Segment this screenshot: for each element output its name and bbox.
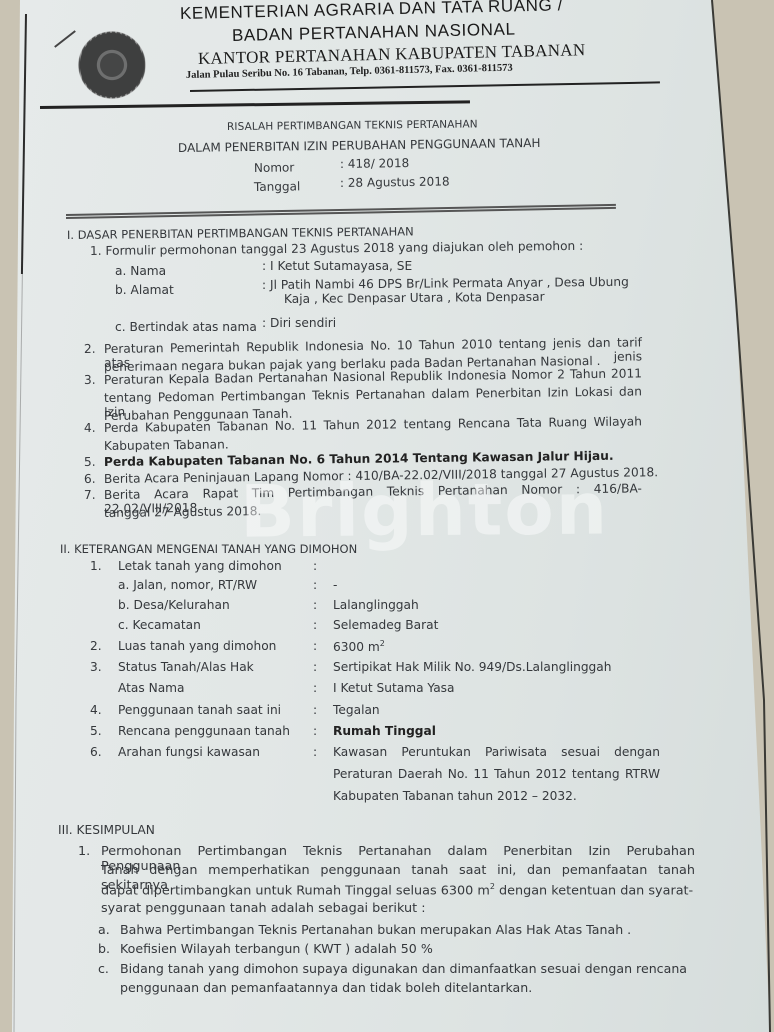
list-number: 3.: [84, 373, 96, 387]
list-number: 6.: [84, 472, 96, 486]
list-item-text: tanggal 27 Agustus 2018.: [104, 504, 261, 520]
sub-item-text: Bahwa Pertimbangan Teknis Pertanahan buk…: [120, 922, 631, 937]
tanggal-label: Tanggal: [254, 179, 300, 194]
list-number: 7.: [84, 488, 96, 502]
row-number: 6.: [90, 745, 102, 759]
sub-item-letter: c.: [98, 961, 109, 976]
row-label: Penggunaan tanah saat ini: [118, 703, 281, 717]
row-colon: :: [313, 578, 317, 592]
list-number: 2.: [84, 342, 96, 356]
row-number: 5.: [90, 724, 102, 738]
sub-item-text: Koefisien Wilayah terbangun ( KWT ) adal…: [120, 941, 433, 956]
row-colon: :: [313, 618, 317, 632]
sub-item-text: penggunaan dan pemanfaatannya dan tidak …: [120, 980, 532, 995]
row-colon: :: [313, 660, 317, 674]
row-colon: :: [313, 703, 317, 717]
row-colon: :: [313, 598, 317, 612]
list-item-text: Kabupaten Tabanan.: [104, 437, 229, 453]
row-value: I Ketut Sutama Yasa: [333, 681, 454, 695]
row-label: Arahan fungsi kawasan: [118, 745, 260, 759]
conclusion-text-part: dapat dipertimbangkan untuk Rumah Tingga…: [101, 883, 490, 898]
field-value-alamat-cont: Kaja , Kec Denpasar Utara , Kota Denpasa…: [284, 290, 545, 306]
sub-item-text: Bidang tanah yang dimohon supaya digunak…: [120, 961, 687, 976]
row-label: c. Kecamatan: [118, 618, 201, 632]
conclusion-text: dapat dipertimbangkan untuk Rumah Tingga…: [101, 882, 693, 898]
row-number: 2.: [90, 639, 102, 653]
field-value-bertindak: : Diri sendiri: [262, 316, 336, 330]
section-2-heading: II. KETERANGAN MENGENAI TANAH YANG DIMOH…: [60, 542, 357, 556]
list-number: 5.: [84, 455, 96, 469]
conclusion-text: syarat penggunaan tanah adalah sebagai b…: [101, 901, 426, 916]
row-value-cont: Peraturan Daerah No. 11 Tahun 2012 tenta…: [333, 767, 660, 781]
row-number: 3.: [90, 660, 102, 674]
row-value: Tegalan: [333, 703, 380, 717]
sub-item-letter: a.: [98, 922, 110, 937]
row-colon: :: [313, 681, 317, 695]
row-value: Kawasan Peruntukan Pariwisata sesuai den…: [333, 745, 660, 759]
row-label: b. Desa/Kelurahan: [118, 598, 230, 612]
superscript: 2: [380, 639, 385, 648]
sub-item-letter: b.: [98, 941, 110, 956]
row-colon: :: [313, 639, 317, 653]
row-label: Luas tanah yang dimohon: [118, 639, 276, 653]
row-value: -: [333, 578, 337, 592]
list-number: 1.: [78, 844, 90, 859]
row-label: Rencana penggunaan tanah: [118, 724, 290, 738]
conclusion-text-part: dengan ketentuan dan syarat-: [495, 883, 693, 898]
row-label: a. Jalan, nomor, RT/RW: [118, 578, 257, 592]
row-number: 1.: [90, 559, 102, 573]
field-value-nama: : I Ketut Sutamayasa, SE: [262, 259, 412, 273]
row-label: Letak tanah yang dimohon: [118, 559, 282, 573]
nomor-value: : 418/ 2018: [340, 156, 409, 171]
field-label: c. Bertindak atas nama: [115, 320, 257, 334]
row-colon: :: [313, 745, 317, 759]
row-value: 6300 m2: [333, 639, 385, 654]
row-value: Rumah Tinggal: [333, 724, 436, 738]
tanggal-value: : 28 Agustus 2018: [340, 174, 450, 190]
row-colon: :: [313, 559, 317, 573]
row-label: Status Tanah/Alas Hak: [118, 660, 254, 674]
list-number: 4.: [84, 421, 96, 435]
row-label: Atas Nama: [118, 681, 185, 695]
row-colon: :: [313, 724, 317, 738]
bpn-logo-icon: [72, 30, 152, 100]
nomor-label: Nomor: [254, 160, 294, 175]
field-label: a. Nama: [115, 264, 166, 278]
row-value: Lalanglinggah: [333, 598, 419, 612]
section-3-heading: III. KESIMPULAN: [58, 823, 155, 837]
row-value-cont: Kabupaten Tabanan tahun 2012 – 2032.: [333, 789, 577, 803]
row-value: Selemadeg Barat: [333, 618, 438, 632]
row-value: Sertipikat Hak Milik No. 949/Ds.Lalangli…: [333, 660, 612, 674]
field-label: b. Alamat: [115, 283, 174, 297]
row-number: 4.: [90, 703, 102, 717]
